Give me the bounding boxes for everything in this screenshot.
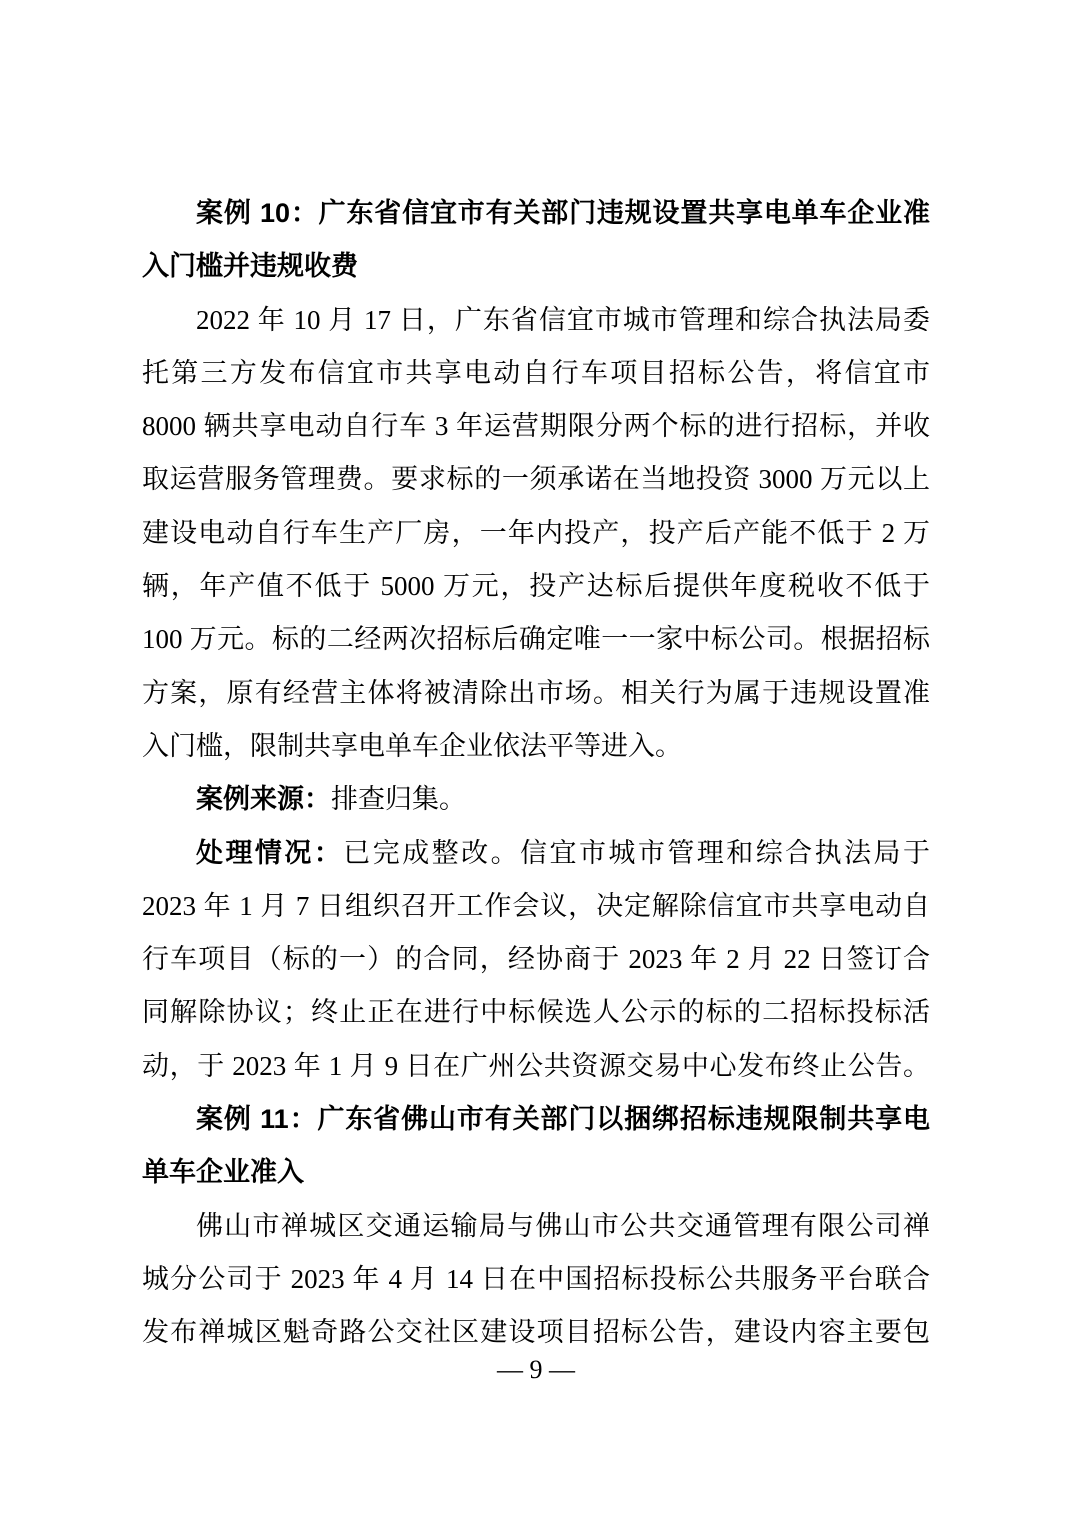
case10-paragraph-line: 托第三方发布信宜市共享电动自行车项目招标公告，将信宜市 [142, 347, 930, 400]
case11-title-line-2: 单车企业准入 [142, 1146, 930, 1199]
page-footer: — 9 — [142, 1350, 930, 1390]
case10-handling-line: 处理情况：已完成整改。信宜市城市管理和综合执法局于 [142, 827, 930, 880]
case10-handling-line: 行车项目（标的一）的合同，经协商于 2023 年 2 月 22 日签订合 [142, 933, 930, 986]
case11-paragraph-line: 城分公司于 2023 年 4 月 14 日在中国招标投标公共服务平台联合 [142, 1253, 930, 1306]
case10-source-line: 案例来源：排查归集。 [142, 773, 930, 826]
case10-paragraph-line: 入门槛，限制共享电单车企业依法平等进入。 [142, 720, 930, 773]
case10-paragraph-line: 方案，原有经营主体将被清除出市场。相关行为属于违规设置准 [142, 667, 930, 720]
case-source-text: 排查归集。 [331, 784, 466, 814]
case-source-label: 案例来源： [196, 784, 331, 814]
case10-handling-line: 动，于 2023 年 1 月 9 日在广州公共资源交易中心发布终止公告。 [142, 1040, 930, 1093]
document-body: 案例 10：广东省信宜市有关部门违规设置共享电单车企业准 入门槛并违规收费 20… [142, 187, 930, 1360]
case10-title-line-2: 入门槛并违规收费 [142, 240, 930, 293]
case10-handling-line: 2023 年 1 月 7 日组织召开工作会议，决定解除信宜市共享电动自 [142, 880, 930, 933]
handling-status-text: 已完成整改。信宜市城市管理和综合执法局于 [343, 838, 930, 868]
case10-paragraph-line: 8000 辆共享电动自行车 3 年运营期限分两个标的进行招标，并收 [142, 400, 930, 453]
case10-paragraph-line: 建设电动自行车生产厂房，一年内投产，投产后产能不低于 2 万 [142, 507, 930, 560]
case10-handling-line: 同解除协议；终止正在进行中标候选人公示的标的二招标投标活 [142, 986, 930, 1039]
case10-paragraph-line: 100 万元。标的二经两次招标后确定唯一一家中标公司。根据招标 [142, 613, 930, 666]
case10-paragraph-line: 辆，年产值不低于 5000 万元，投产达标后提供年度税收不低于 [142, 560, 930, 613]
case10-paragraph-line: 取运营服务管理费。要求标的一须承诺在当地投资 3000 万元以上 [142, 453, 930, 506]
case11-title-line-1: 案例 11：广东省佛山市有关部门以捆绑招标违规限制共享电 [142, 1093, 930, 1146]
case10-title-line-1: 案例 10：广东省信宜市有关部门违规设置共享电单车企业准 [142, 187, 930, 240]
document-page: 案例 10：广东省信宜市有关部门违规设置共享电单车企业准 入门槛并违规收费 20… [0, 0, 1074, 1520]
page-number: — 9 — [497, 1355, 575, 1384]
case11-paragraph-line: 佛山市禅城区交通运输局与佛山市公共交通管理有限公司禅 [142, 1200, 930, 1253]
handling-status-label: 处理情况： [196, 838, 343, 868]
case10-paragraph-line: 2022 年 10 月 17 日，广东省信宜市城市管理和综合执法局委 [142, 294, 930, 347]
